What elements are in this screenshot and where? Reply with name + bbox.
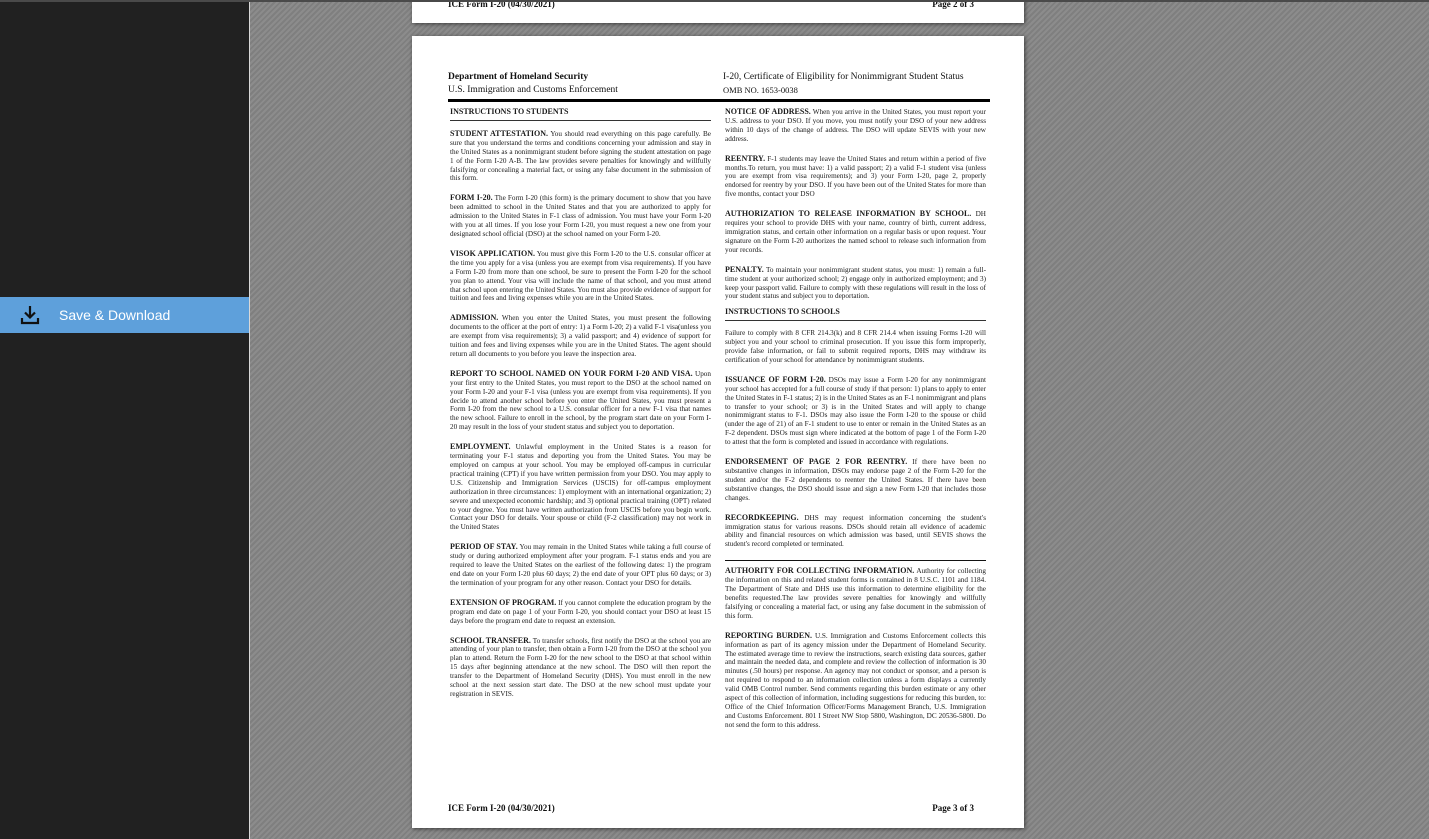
instruction-paragraph: PENALTY. To maintain your nonimmigrant s…: [725, 266, 986, 302]
instruction-paragraph: FORM I-20. The Form I-20 (this form) is …: [450, 194, 711, 239]
paragraph-heading: REENTRY.: [725, 154, 765, 163]
paragraph-text: Unlawful employment in the United States…: [450, 443, 711, 531]
instruction-paragraph: RECORDKEEPING. DHS may request informati…: [725, 514, 986, 550]
paragraph-text: Upon your first entry to the United Stat…: [450, 370, 711, 431]
instruction-paragraph: NOTICE OF ADDRESS. When you arrive in th…: [725, 108, 986, 144]
paragraph-heading: ISSUANCE OF FORM I-20.: [725, 375, 826, 384]
page-header-agency: Department of Homeland Security U.S. Imm…: [448, 71, 618, 97]
instruction-paragraph: ISSUANCE OF FORM I-20. DSOs may issue a …: [725, 376, 986, 447]
paragraph-heading: REPORT TO SCHOOL NAMED ON YOUR FORM I-20…: [450, 369, 693, 378]
section-divider: [725, 560, 986, 561]
instruction-paragraph: EXTENSION OF PROGRAM. If you cannot comp…: [450, 599, 711, 626]
save-download-button[interactable]: Save & Download: [0, 297, 249, 333]
right-column: NOTICE OF ADDRESS. When you arrive in th…: [725, 108, 986, 741]
pdf-page-3: Department of Homeland Security U.S. Imm…: [412, 36, 1024, 828]
instruction-paragraph: ADMISSION. When you enter the United Sta…: [450, 314, 711, 359]
paragraph-heading: EXTENSION OF PROGRAM.: [450, 598, 556, 607]
save-download-label: Save & Download: [59, 307, 170, 323]
paragraph-heading: PERIOD OF STAY.: [450, 542, 518, 551]
paragraph-text: Failure to comply with 8 CFR 214.3(k) an…: [725, 329, 986, 364]
form-title: I-20, Certificate of Eligibility for Non…: [723, 71, 964, 84]
instruction-paragraph: AUTHORITY FOR COLLECTING INFORMATION. Au…: [725, 567, 986, 620]
instruction-paragraph: REPORTING BURDEN. U.S. Immigration and C…: [725, 632, 986, 730]
instruction-paragraph: PERIOD OF STAY. You may remain in the Un…: [450, 543, 711, 588]
instruction-paragraph: ENDORSEMENT OF PAGE 2 FOR REENTRY. If th…: [725, 458, 986, 503]
sidebar: Save & Download: [0, 0, 248, 839]
section-title-students: INSTRUCTIONS TO STUDENTS: [450, 108, 711, 121]
instruction-paragraph: EMPLOYMENT. Unlawful employment in the U…: [450, 443, 711, 532]
paragraph-text: To transfer schools, first notify the DS…: [450, 637, 711, 698]
instruction-paragraph: STUDENT ATTESTATION. You should read eve…: [450, 130, 711, 183]
header-rule: [448, 99, 990, 102]
instruction-paragraph: VISOK APPLICATION. You must give this Fo…: [450, 250, 711, 303]
page-header-form: I-20, Certificate of Eligibility for Non…: [723, 71, 964, 97]
pdf-page-2: ICE Form I-20 (04/30/2021) Page 2 of 3: [412, 0, 1024, 23]
paragraph-text: To maintain your nonimmigrant student st…: [725, 266, 986, 301]
instruction-paragraph: AUTHORIZATION TO RELEASE INFORMATION BY …: [725, 210, 986, 255]
paragraph-heading: RECORDKEEPING.: [725, 513, 799, 522]
omb-number: OMB NO. 1653-0038: [723, 84, 964, 97]
paragraph-heading: AUTHORITY FOR COLLECTING INFORMATION.: [725, 566, 914, 575]
paragraph-heading: STUDENT ATTESTATION.: [450, 129, 548, 138]
agency-name: U.S. Immigration and Customs Enforcement: [448, 84, 618, 97]
paragraph-text: DSOs may issue a Form I-20 for any nonim…: [725, 376, 986, 446]
window-top-border: [0, 0, 1429, 2]
paragraph-heading: VISOK APPLICATION.: [450, 249, 535, 258]
paragraph-text: F-1 students may leave the United States…: [725, 155, 986, 199]
download-icon: [20, 305, 40, 325]
paragraph-heading: FORM I-20.: [450, 193, 493, 202]
pdf-viewer[interactable]: ICE Form I-20 (04/30/2021) Page 2 of 3 D…: [249, 0, 1429, 839]
page-footer-form-id: ICE Form I-20 (04/30/2021): [448, 803, 555, 813]
section-title-schools: INSTRUCTIONS TO SCHOOLS: [725, 308, 986, 321]
dept-name: Department of Homeland Security: [448, 71, 618, 84]
left-column: INSTRUCTIONS TO STUDENTS STUDENT ATTESTA…: [450, 108, 711, 710]
instruction-paragraph: REPORT TO SCHOOL NAMED ON YOUR FORM I-20…: [450, 370, 711, 432]
paragraph-heading: EMPLOYMENT.: [450, 442, 511, 451]
instruction-paragraph: REENTRY. F-1 students may leave the Unit…: [725, 155, 986, 200]
paragraph-heading: AUTHORIZATION TO RELEASE INFORMATION BY …: [725, 209, 971, 218]
paragraph-heading: ENDORSEMENT OF PAGE 2 FOR REENTRY.: [725, 457, 907, 466]
paragraph-heading: REPORTING BURDEN.: [725, 631, 812, 640]
paragraph-heading: PENALTY.: [725, 265, 764, 274]
paragraph-heading: NOTICE OF ADDRESS.: [725, 107, 811, 116]
instruction-paragraph: SCHOOL TRANSFER. To transfer schools, fi…: [450, 637, 711, 699]
page-footer-number: Page 3 of 3: [932, 803, 974, 813]
paragraph-text: U.S. Immigration and Customs Enforcement…: [725, 632, 986, 729]
paragraph-heading: SCHOOL TRANSFER.: [450, 636, 531, 645]
paragraph-heading: ADMISSION.: [450, 313, 498, 322]
instruction-paragraph: Failure to comply with 8 CFR 214.3(k) an…: [725, 329, 986, 365]
